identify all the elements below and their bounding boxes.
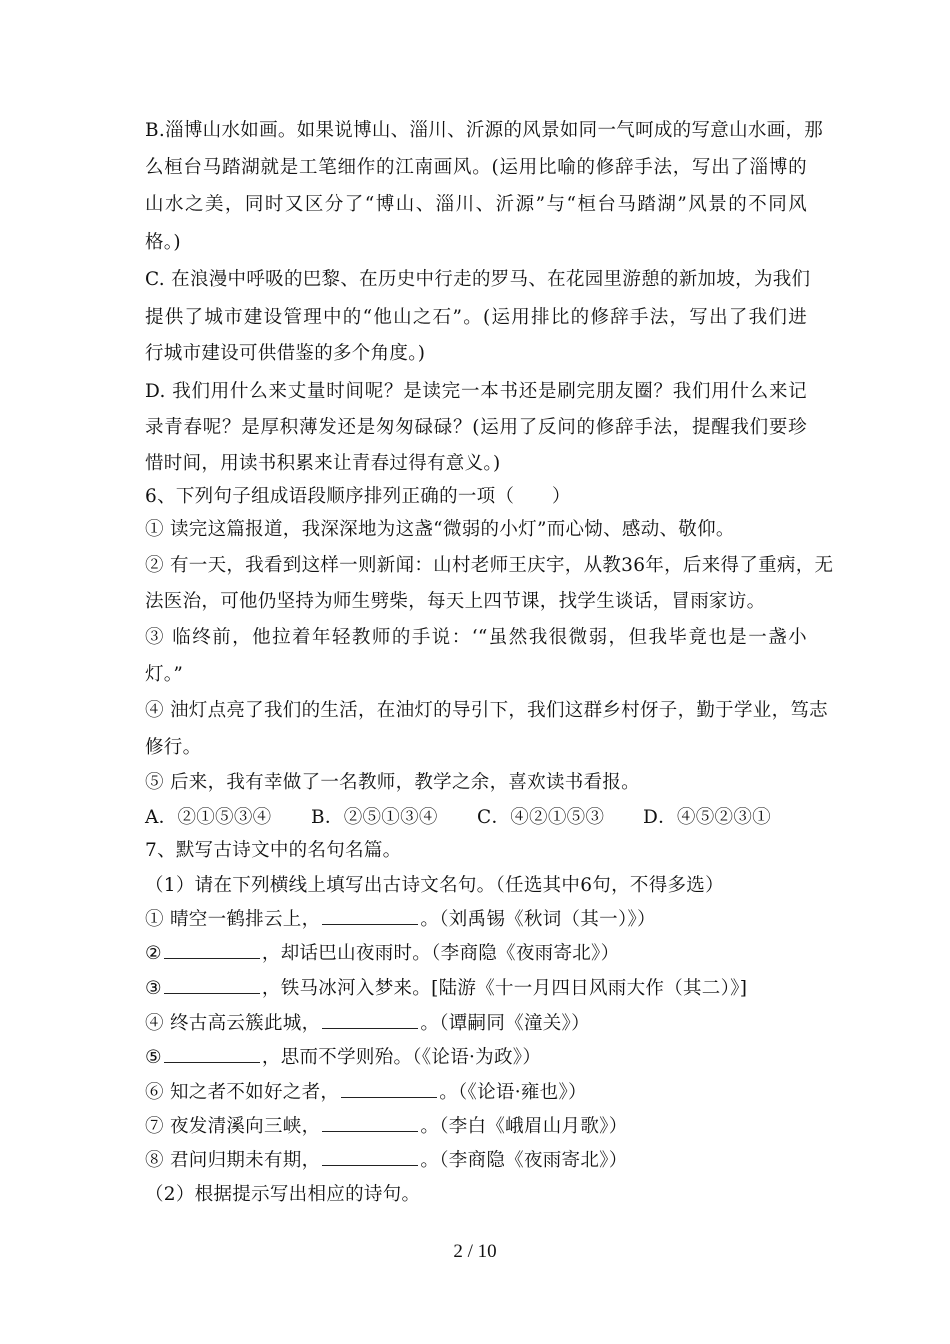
answer-blank[interactable]	[322, 1149, 418, 1166]
option-c-line-1: C. 在浪漫中呼吸的巴黎、在历史中行走的罗马、在花园里游憩的新加坡，为我们	[145, 269, 807, 291]
q7-item-3-before: ③	[145, 978, 162, 999]
question-6-stem: 6、下列句子组成语段顺序排列正确的一项（ ）	[145, 486, 571, 508]
q6-sentence-2-line-1: ② 有一天，我看到这样一则新闻：山村老师王庆宇，从教36年，后来得了重病，无	[145, 555, 807, 577]
option-d-line-2: 录青春呢？是厚积薄发还是匆匆碌碌？(运用了反问的修辞手法，提醒我们要珍	[145, 417, 807, 439]
answer-blank[interactable]	[164, 1046, 260, 1063]
answer-blank[interactable]	[322, 908, 418, 925]
q6-sentence-3-line-2: 灯。”	[145, 664, 183, 686]
document-page: B.淄博山水如画。如果说博山、淄川、沂源的风景如同一气呵成的写意山水画，那 么桓…	[0, 0, 950, 1344]
option-b-line-1: B.淄博山水如画。如果说博山、淄川、沂源的风景如同一气呵成的写意山水画，那	[145, 120, 807, 142]
option-b-line-3: 山水之美，同时又区分了“博山、淄川、沂源”与“桓台马踏湖”风景的不同风	[145, 194, 807, 216]
q7-item-2: ②，却话巴山夜雨时。（李商隐《夜雨寄北》）	[145, 942, 619, 965]
page-indicator: 2 / 10	[0, 1241, 950, 1263]
q6-choices: A．②①⑤③④B．②⑤①③④C．④②①⑤③D．④⑤②③①	[145, 807, 809, 829]
q6-sentence-1: ① 读完这篇报道，我深深地为这盏“微弱的小灯”而心恸、感动、敬仰。	[145, 519, 735, 541]
q6-sentence-3-line-1: ③ 临终前，他拉着年轻教师的手说：‘“虽然我很微弱，但我毕竟也是一盏小	[145, 627, 807, 649]
option-b-line-2: 么桓台马踏湖就是工笔细作的江南画风。(运用比喻的修辞手法，写出了淄博的	[145, 157, 807, 179]
q7-item-3: ③，铁马冰河入梦来。[陆游《十一月四日风雨大作（其二）》]	[145, 977, 747, 1000]
q7-item-7: ⑦ 夜发清溪向三峡，。（李白《峨眉山月歌》）	[145, 1115, 628, 1138]
q7-item-8-before: ⑧ 君问归期未有期，	[145, 1150, 320, 1171]
q7-item-7-before: ⑦ 夜发清溪向三峡，	[145, 1116, 320, 1137]
option-b-line-4: 格。)	[145, 232, 181, 254]
q7-item-8: ⑧ 君问归期未有期，。（李商隐《夜雨寄北》）	[145, 1149, 628, 1172]
q7-item-1-before: ① 晴空一鹤排云上，	[145, 909, 320, 930]
question-7-stem: 7、默写古诗文中的名句名篇。	[145, 840, 401, 862]
answer-blank[interactable]	[322, 1115, 418, 1132]
q6-sentence-4-line-1: ④ 油灯点亮了我们的生活，在油灯的导引下，我们这群乡村伢子，勤于学业，笃志	[145, 700, 807, 722]
q7-item-1-after: 。（刘禹锡《秋词（其一）》）	[420, 909, 655, 930]
q6-sentence-5: ⑤ 后来，我有幸做了一名教师，教学之余，喜欢读书看报。	[145, 772, 640, 794]
q6-sentence-2-line-2: 法医治，可他仍坚持为师生劈柴，每天上四节课，找学生谈话，冒雨家访。	[145, 591, 765, 613]
option-c-line-2: 提供了城市建设管理中的“他山之石”。(运用排比的修辞手法，写出了我们进	[145, 307, 807, 329]
q7-item-1: ① 晴空一鹤排云上，。（刘禹锡《秋词（其一）》）	[145, 908, 656, 931]
q7-item-2-before: ②	[145, 943, 162, 964]
q7-item-2-after: ，却话巴山夜雨时。（李商隐《夜雨寄北》）	[262, 943, 620, 964]
q7-item-6-after: 。（《论语·雍也》）	[439, 1082, 587, 1103]
answer-blank[interactable]	[322, 1012, 418, 1029]
option-c-line-3: 行城市建设可供借鉴的多个角度。)	[145, 343, 425, 365]
q6-choice-d[interactable]: D．④⑤②③①	[643, 807, 809, 829]
q7-item-6-before: ⑥ 知之者不如好之者，	[145, 1082, 339, 1103]
q7-item-8-after: 。（李商隐《夜雨寄北》）	[420, 1150, 627, 1171]
q7-item-4-before: ④ 终古高云簇此城，	[145, 1013, 320, 1034]
answer-blank[interactable]	[164, 942, 260, 959]
q7-part1-instruction: （1）请在下列横线上填写出古诗文名句。（任选其中6句，不得多选）	[145, 875, 724, 897]
q6-choice-a[interactable]: A．②①⑤③④	[145, 807, 311, 829]
q6-choice-c[interactable]: C．④②①⑤③	[477, 807, 643, 829]
q7-item-3-after: ，铁马冰河入梦来。[陆游《十一月四日风雨大作（其二）》]	[262, 978, 747, 999]
q7-part2-instruction: （2）根据提示写出相应的诗句。	[145, 1184, 420, 1206]
q7-item-5-before: ⑤	[145, 1047, 162, 1068]
answer-blank[interactable]	[341, 1081, 437, 1098]
q7-item-7-after: 。（李白《峨眉山月歌》）	[420, 1116, 627, 1137]
q7-item-4-after: 。（谭嗣同《潼关》）	[420, 1013, 590, 1034]
q7-item-5-after: ，思而不学则殆。（《论语·为政》）	[262, 1047, 541, 1068]
option-d-line-1: D. 我们用什么来丈量时间呢？是读完一本书还是刷完朋友圈？我们用什么来记	[145, 381, 807, 403]
q6-sentence-4-line-2: 修行。	[145, 737, 201, 759]
option-d-line-3: 惜时间，用读书积累来让青春过得有意义。)	[145, 453, 500, 475]
q7-item-6: ⑥ 知之者不如好之者，。（《论语·雍也》）	[145, 1081, 587, 1104]
q7-item-5: ⑤，思而不学则殆。（《论语·为政》）	[145, 1046, 541, 1069]
answer-blank[interactable]	[164, 977, 260, 994]
q6-choice-b[interactable]: B．②⑤①③④	[311, 807, 477, 829]
q7-item-4: ④ 终古高云簇此城，。（谭嗣同《潼关》）	[145, 1012, 590, 1035]
